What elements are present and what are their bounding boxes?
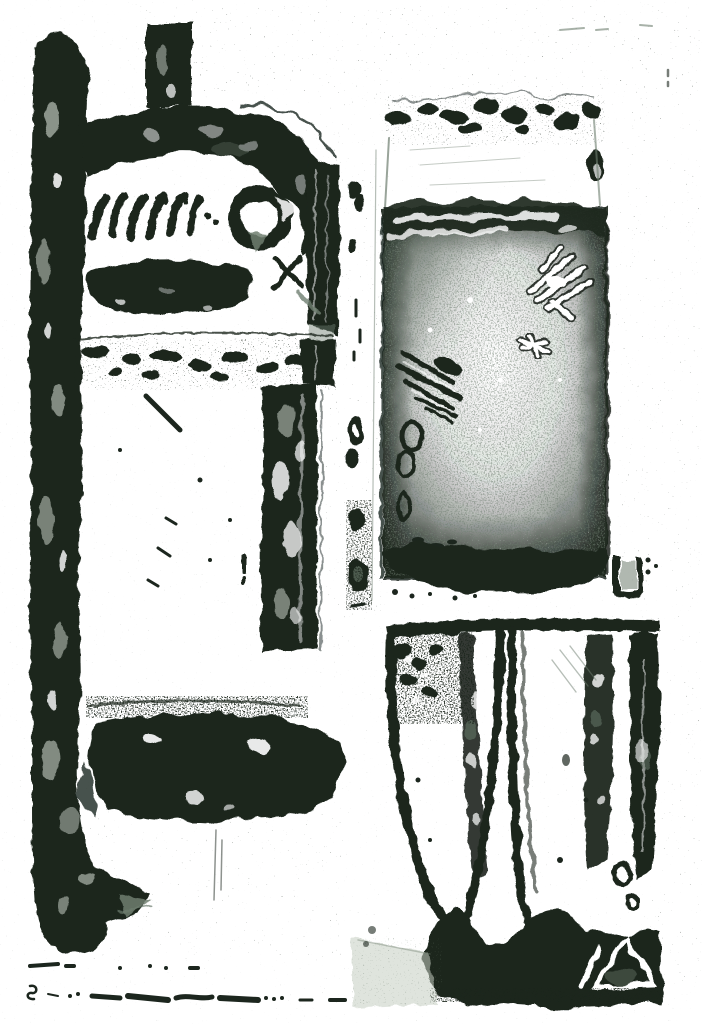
speckle-band (74, 333, 336, 390)
mark (423, 687, 437, 697)
mark (447, 540, 457, 545)
mark (277, 404, 295, 436)
mark (346, 448, 358, 468)
mark (54, 622, 66, 658)
mark (546, 276, 566, 288)
mark (478, 663, 490, 673)
mark (315, 345, 316, 380)
mark (165, 85, 175, 99)
mark (45, 321, 51, 339)
top-tab (146, 24, 192, 106)
mark (606, 210, 608, 575)
mark (429, 645, 443, 655)
mark (560, 224, 576, 232)
mark (428, 838, 432, 842)
mark (143, 732, 161, 744)
mark (412, 697, 420, 703)
mark (204, 212, 212, 220)
mark (204, 303, 216, 309)
mark (52, 172, 60, 188)
base-speckle-edge (430, 988, 660, 1002)
mark (636, 738, 648, 762)
mark (81, 346, 109, 358)
rail-right-bar (306, 158, 340, 354)
mark (584, 798, 589, 803)
mark (472, 814, 480, 826)
crossbar-band (76, 714, 343, 822)
etching-artwork (0, 0, 702, 1024)
mark (156, 44, 168, 76)
mark (363, 941, 369, 947)
band-body (87, 260, 251, 314)
mark (76, 992, 80, 996)
mark (412, 658, 428, 670)
mark (211, 372, 229, 380)
dust-right (620, 80, 700, 600)
mark (557, 857, 563, 863)
mark (467, 753, 477, 767)
mark (558, 378, 562, 382)
mark (115, 297, 125, 303)
mark (58, 896, 70, 914)
mark (189, 793, 203, 803)
mark (76, 872, 96, 884)
mark (300, 395, 302, 640)
mark (41, 740, 59, 780)
mark (428, 328, 433, 333)
mark (591, 711, 601, 729)
panel-top-grain (385, 95, 605, 145)
mark (428, 592, 432, 596)
mid-band (87, 260, 251, 314)
mark (274, 588, 290, 620)
mark (247, 739, 269, 753)
mark (51, 384, 65, 416)
mark (148, 964, 152, 968)
mark (300, 338, 336, 386)
mark (38, 238, 50, 282)
mark (646, 570, 651, 575)
mark (620, 560, 636, 590)
mark (108, 368, 122, 376)
mark (473, 594, 477, 598)
mark (198, 124, 222, 136)
mark (44, 102, 60, 138)
mark (188, 361, 212, 371)
mark (142, 370, 158, 378)
mark (164, 966, 168, 970)
mark (58, 550, 66, 570)
mark (272, 997, 276, 1001)
mark (228, 518, 232, 522)
mark (654, 564, 658, 568)
mark (213, 219, 219, 225)
mark (208, 558, 212, 562)
crossbar-body (90, 714, 343, 822)
mark (38, 496, 54, 544)
mark (381, 214, 383, 578)
mark (118, 448, 122, 452)
mark (294, 177, 306, 193)
mark (498, 378, 503, 383)
mark (220, 998, 258, 1000)
mark (478, 428, 482, 432)
mark (176, 997, 212, 998)
mark (412, 537, 424, 543)
mark (283, 522, 301, 558)
mark (467, 297, 473, 303)
mark (60, 806, 80, 834)
mark (198, 478, 203, 483)
mark (646, 558, 651, 563)
mark (355, 196, 365, 212)
mark (368, 926, 376, 934)
mark (416, 778, 421, 783)
mark (120, 355, 140, 365)
mark (420, 673, 428, 679)
mark (399, 674, 417, 686)
mark (348, 239, 356, 253)
mark (392, 589, 398, 595)
mark (453, 596, 458, 601)
dust-top (140, 6, 700, 92)
margin-speckle-column (346, 500, 372, 610)
mark (140, 130, 160, 140)
mark (264, 996, 268, 1000)
mark (353, 424, 359, 436)
mark (593, 673, 603, 687)
mark (161, 156, 179, 164)
mark (128, 996, 168, 1000)
mark (606, 967, 634, 983)
mark (562, 754, 570, 766)
mark (403, 656, 413, 664)
mark (118, 966, 122, 970)
mark (68, 994, 72, 998)
mark (155, 289, 175, 295)
mark (410, 594, 415, 599)
mark (280, 996, 284, 1000)
mark (590, 734, 598, 746)
mark (221, 352, 249, 364)
mark (210, 142, 250, 158)
mark (149, 350, 181, 362)
mark (598, 795, 606, 805)
crossbar (76, 696, 343, 822)
print-page (0, 0, 702, 1024)
mark (272, 460, 288, 500)
mark (48, 691, 56, 709)
mark (224, 806, 236, 814)
mark (258, 363, 278, 373)
mark (92, 996, 120, 998)
